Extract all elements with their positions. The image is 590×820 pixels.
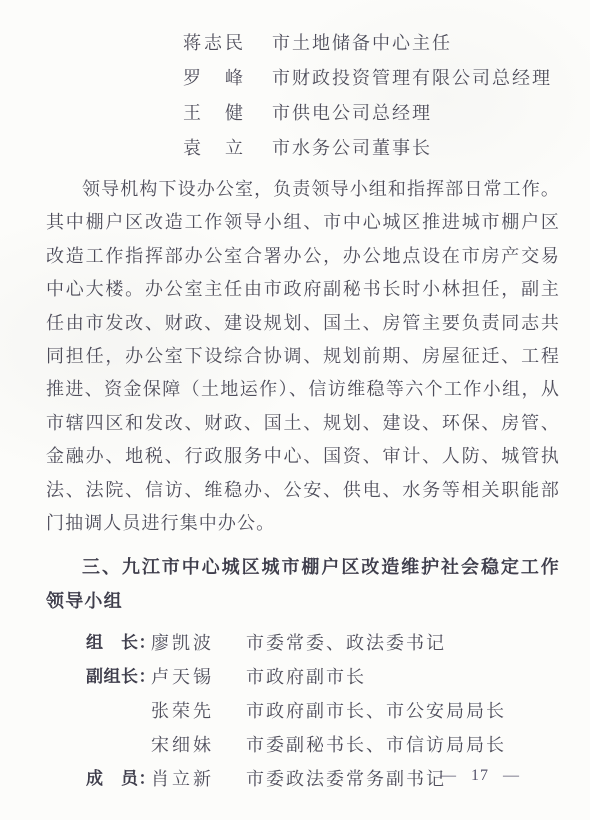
official-row: 蒋志民 市土地储备中心主任 bbox=[183, 26, 590, 61]
roster-role-label: 副组长： bbox=[86, 660, 151, 694]
roster-role-label: 组 长： bbox=[86, 626, 151, 660]
page-number: — 17 — bbox=[440, 767, 520, 785]
section-heading: 三、九江市中心城区城市棚户区改造维护社会稳定工作领导小组 bbox=[46, 551, 560, 618]
roster-name: 卢天锡 bbox=[151, 660, 246, 694]
roster-name: 肖立新 bbox=[151, 762, 246, 796]
page-number-right-dash: — bbox=[503, 767, 520, 785]
official-title: 市财政投资管理有限公司总经理 bbox=[272, 61, 552, 96]
official-name: 罗 峰 bbox=[183, 61, 272, 96]
office-setup-paragraph: 领导机构下设办公室，负责领导小组和指挥部日常工作。其中棚户区改造工作领导小组、市… bbox=[46, 173, 560, 540]
roster-name: 宋细妹 bbox=[151, 728, 246, 762]
official-name: 王 健 bbox=[183, 96, 272, 131]
official-name: 袁 立 bbox=[183, 131, 272, 166]
roster-row: 宋细妹 市委副秘书长、市信访局局长 bbox=[86, 728, 590, 762]
roster-role-label bbox=[86, 694, 151, 728]
roster-row: 副组长： 卢天锡 市政府副市长 bbox=[86, 660, 590, 694]
official-title: 市水务公司董事长 bbox=[272, 131, 432, 166]
roster-row: 组 长： 廖凯波 市委常委、政法委书记 bbox=[86, 626, 590, 660]
roster-title: 市委政法委常务副书记 bbox=[246, 762, 446, 796]
roster-title: 市政府副市长 bbox=[246, 660, 366, 694]
official-title: 市土地储备中心主任 bbox=[272, 26, 452, 61]
roster-role-label: 成 员： bbox=[86, 762, 151, 796]
official-row: 袁 立 市水务公司董事长 bbox=[183, 131, 590, 166]
roster-row: 张荣先 市政府副市长、市公安局局长 bbox=[86, 694, 590, 728]
roster-title: 市委常委、政法委书记 bbox=[246, 626, 446, 660]
roster-role-label bbox=[86, 728, 151, 762]
roster-title: 市委副秘书长、市信访局局长 bbox=[246, 728, 506, 762]
page-number-left-dash: — bbox=[440, 767, 457, 785]
roster-name: 廖凯波 bbox=[151, 626, 246, 660]
roster-title: 市政府副市长、市公安局局长 bbox=[246, 694, 506, 728]
roster-name: 张荣先 bbox=[151, 694, 246, 728]
official-row: 罗 峰 市财政投资管理有限公司总经理 bbox=[183, 61, 590, 96]
page-number-value: 17 bbox=[471, 767, 489, 785]
official-name: 蒋志民 bbox=[183, 26, 272, 61]
officials-list: 蒋志民 市土地储备中心主任 罗 峰 市财政投资管理有限公司总经理 王 健 市供电… bbox=[0, 0, 590, 166]
official-row: 王 健 市供电公司总经理 bbox=[183, 96, 590, 131]
document-page: 蒋志民 市土地储备中心主任 罗 峰 市财政投资管理有限公司总经理 王 健 市供电… bbox=[0, 0, 590, 820]
official-title: 市供电公司总经理 bbox=[272, 96, 432, 131]
